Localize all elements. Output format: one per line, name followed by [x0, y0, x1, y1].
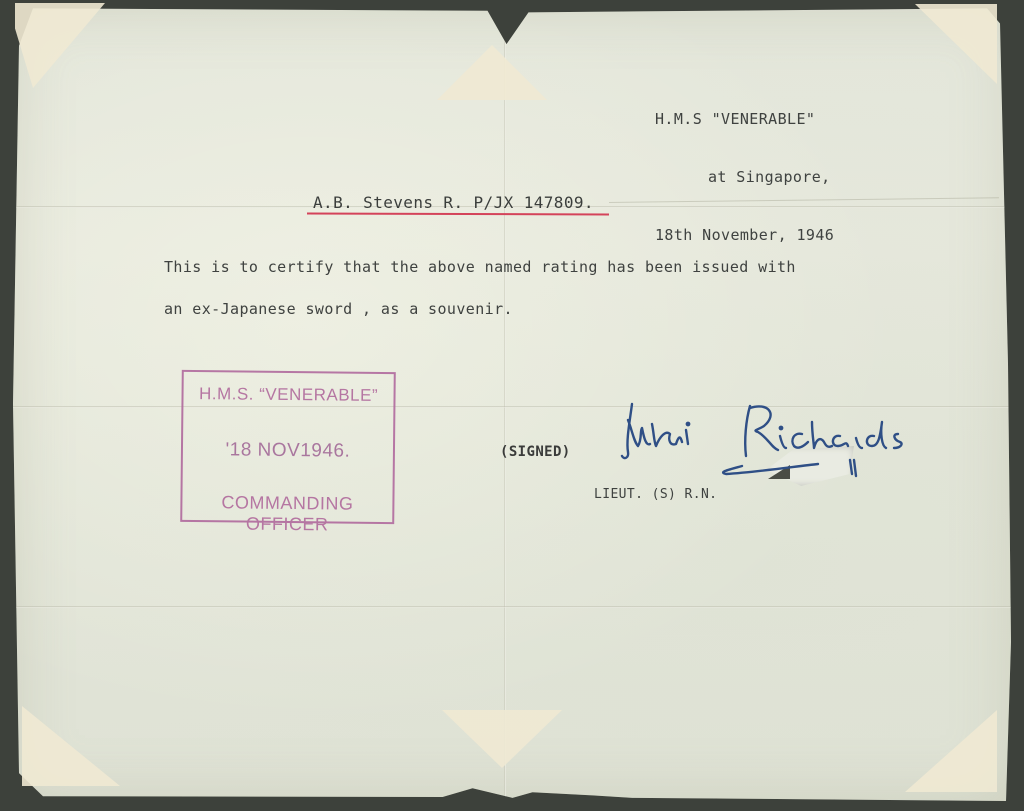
stamp-title: COMMANDING OFFICER	[182, 492, 392, 536]
ship-name: H.M.S "VENERABLE"	[655, 108, 834, 130]
date: 18th November, 1946	[655, 224, 834, 246]
vertical-fold-crease	[504, 6, 506, 801]
certificate-body-line-1: This is to certify that the above named …	[164, 258, 796, 276]
stamp-date: '18 NOV1946.	[183, 439, 393, 463]
commanding-officer-stamp: H.M.S. “VENERABLE” '18 NOV1946. COMMANDI…	[180, 370, 396, 524]
officer-rank: LIEUT. (S) R.N.	[594, 487, 717, 502]
horizontal-fold-crease	[13, 606, 1012, 608]
rating-name-line: A.B. Stevens R. P/JX 147809.	[313, 193, 594, 212]
stamp-ship-name: H.M.S. “VENERABLE”	[183, 384, 393, 406]
signed-label: (SIGNED)	[500, 444, 571, 460]
scan-backdrop: H.M.S "VENERABLE" at Singapore, 18th Nov…	[0, 0, 1024, 811]
handwritten-signature	[618, 400, 918, 490]
certificate-body-line-2: an ex-Japanese sword , as a souvenir.	[164, 300, 513, 318]
location: at Singapore,	[655, 166, 834, 188]
letter-heading: H.M.S "VENERABLE" at Singapore, 18th Nov…	[655, 72, 834, 282]
